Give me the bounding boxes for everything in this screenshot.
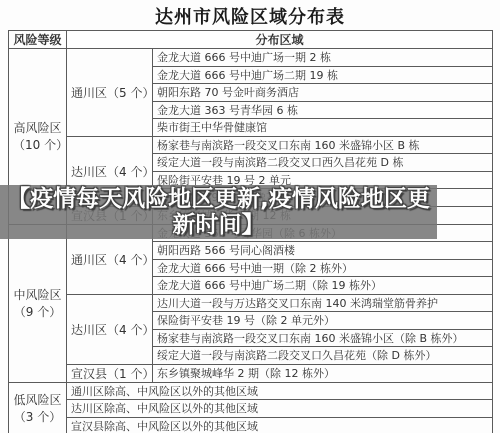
area-item: 通川区除高、中风险区以外的其他区域 — [67, 382, 493, 400]
table-row: 达川区（4 个） 达川大道一段与万达路交叉口东南 140 米鸿瑞堂筋骨养护 — [9, 294, 493, 312]
risk-level-count: （3 个） — [13, 408, 62, 425]
area-item: 金龙大道 363 号青华园 6 栋 — [153, 101, 493, 119]
table-header-row: 风险等级 分布区域 — [9, 31, 493, 49]
risk-level-name: 低风险区 — [13, 391, 62, 408]
area-item: 金龙大道 666 号中迪一期（除 2 栋外） — [153, 259, 493, 277]
risk-level-name: 高风险区 — [13, 119, 62, 136]
area-item: 达川区除高、中风险区以外的其他区域 — [67, 400, 493, 418]
risk-level-name: 中风险区 — [13, 286, 62, 303]
area-item: 杨家巷与南滨路一段交叉口东南 160 米盛锦小区 B 栋 — [153, 136, 493, 154]
table-row: 高风险区 （10 个） 通川区（5 个） 金龙大道 666 号中迪广场一期 2 … — [9, 49, 493, 67]
district-tongchuan-high: 通川区（5 个） — [67, 49, 153, 137]
risk-level-low: 低风险区 （3 个） — [9, 382, 67, 433]
risk-level-count: （9 个） — [13, 303, 62, 320]
area-item: 达川大道一段与万达路交叉口东南 140 米鸿瑞堂筋骨养护 — [153, 294, 493, 312]
table-row: 宣汉县（1 个） 东乡镇聚城峰华 2 期（除 12 栋外） — [9, 364, 493, 382]
area-item: 朝阳西路 566 号同心阁酒楼 — [153, 242, 493, 260]
area-item: 金龙大道 666 号中迪广场一期 2 栋 — [153, 49, 493, 67]
page-title: 达州市风险区域分布表 — [0, 3, 500, 29]
area-item: 绥定大道一段与南滨路二段交叉口久昌花苑（除 D 栋外） — [153, 347, 493, 365]
district-dachuan-medium: 达川区（4 个） — [67, 294, 153, 364]
area-item: 金龙大道 666 号中迪广场二期（除 19 栋外） — [153, 277, 493, 295]
area-item: 绥定大道一段与南滨路二段交叉口西久昌花苑 D 栋 — [153, 154, 493, 172]
header-risk-level: 风险等级 — [9, 31, 67, 49]
area-item: 宣汉县除高、中风险区以外的其他区域 — [67, 417, 493, 433]
area-item: 朝阳东路 70 号金叶商务酒店 — [153, 84, 493, 102]
watermark-overlay-banner: 【疫情每天风险地区更新,疫情风险地区更新时间】 — [0, 185, 437, 239]
header-distribution-area: 分布区域 — [67, 31, 493, 49]
area-item: 金龙大道 666 号中迪广场二期 19 栋 — [153, 66, 493, 84]
table-row: 低风险区 （3 个） 通川区除高、中风险区以外的其他区域 — [9, 382, 493, 400]
area-item: 柴市街王中华骨健康馆 — [153, 119, 493, 137]
table-row: 宣汉县除高、中风险区以外的其他区域 — [9, 417, 493, 433]
area-item: 杨家巷与南滨路一段交叉口东南 160 米盛锦小区（除 B 栋外） — [153, 329, 493, 347]
table-row: 达川区除高、中风险区以外的其他区域 — [9, 400, 493, 418]
risk-level-medium: 中风险区 （9 个） — [9, 224, 67, 382]
table-row: 达川区（4 个） 杨家巷与南滨路一段交叉口东南 160 米盛锦小区 B 栋 — [9, 136, 493, 154]
district-xuanhan-medium: 宣汉县（1 个） — [67, 364, 153, 382]
area-item: 东乡镇聚城峰华 2 期（除 12 栋外） — [153, 364, 493, 382]
risk-level-count: （10 个） — [13, 136, 62, 153]
area-item: 保险街平安巷 19 号（除 2 单元外） — [153, 312, 493, 330]
